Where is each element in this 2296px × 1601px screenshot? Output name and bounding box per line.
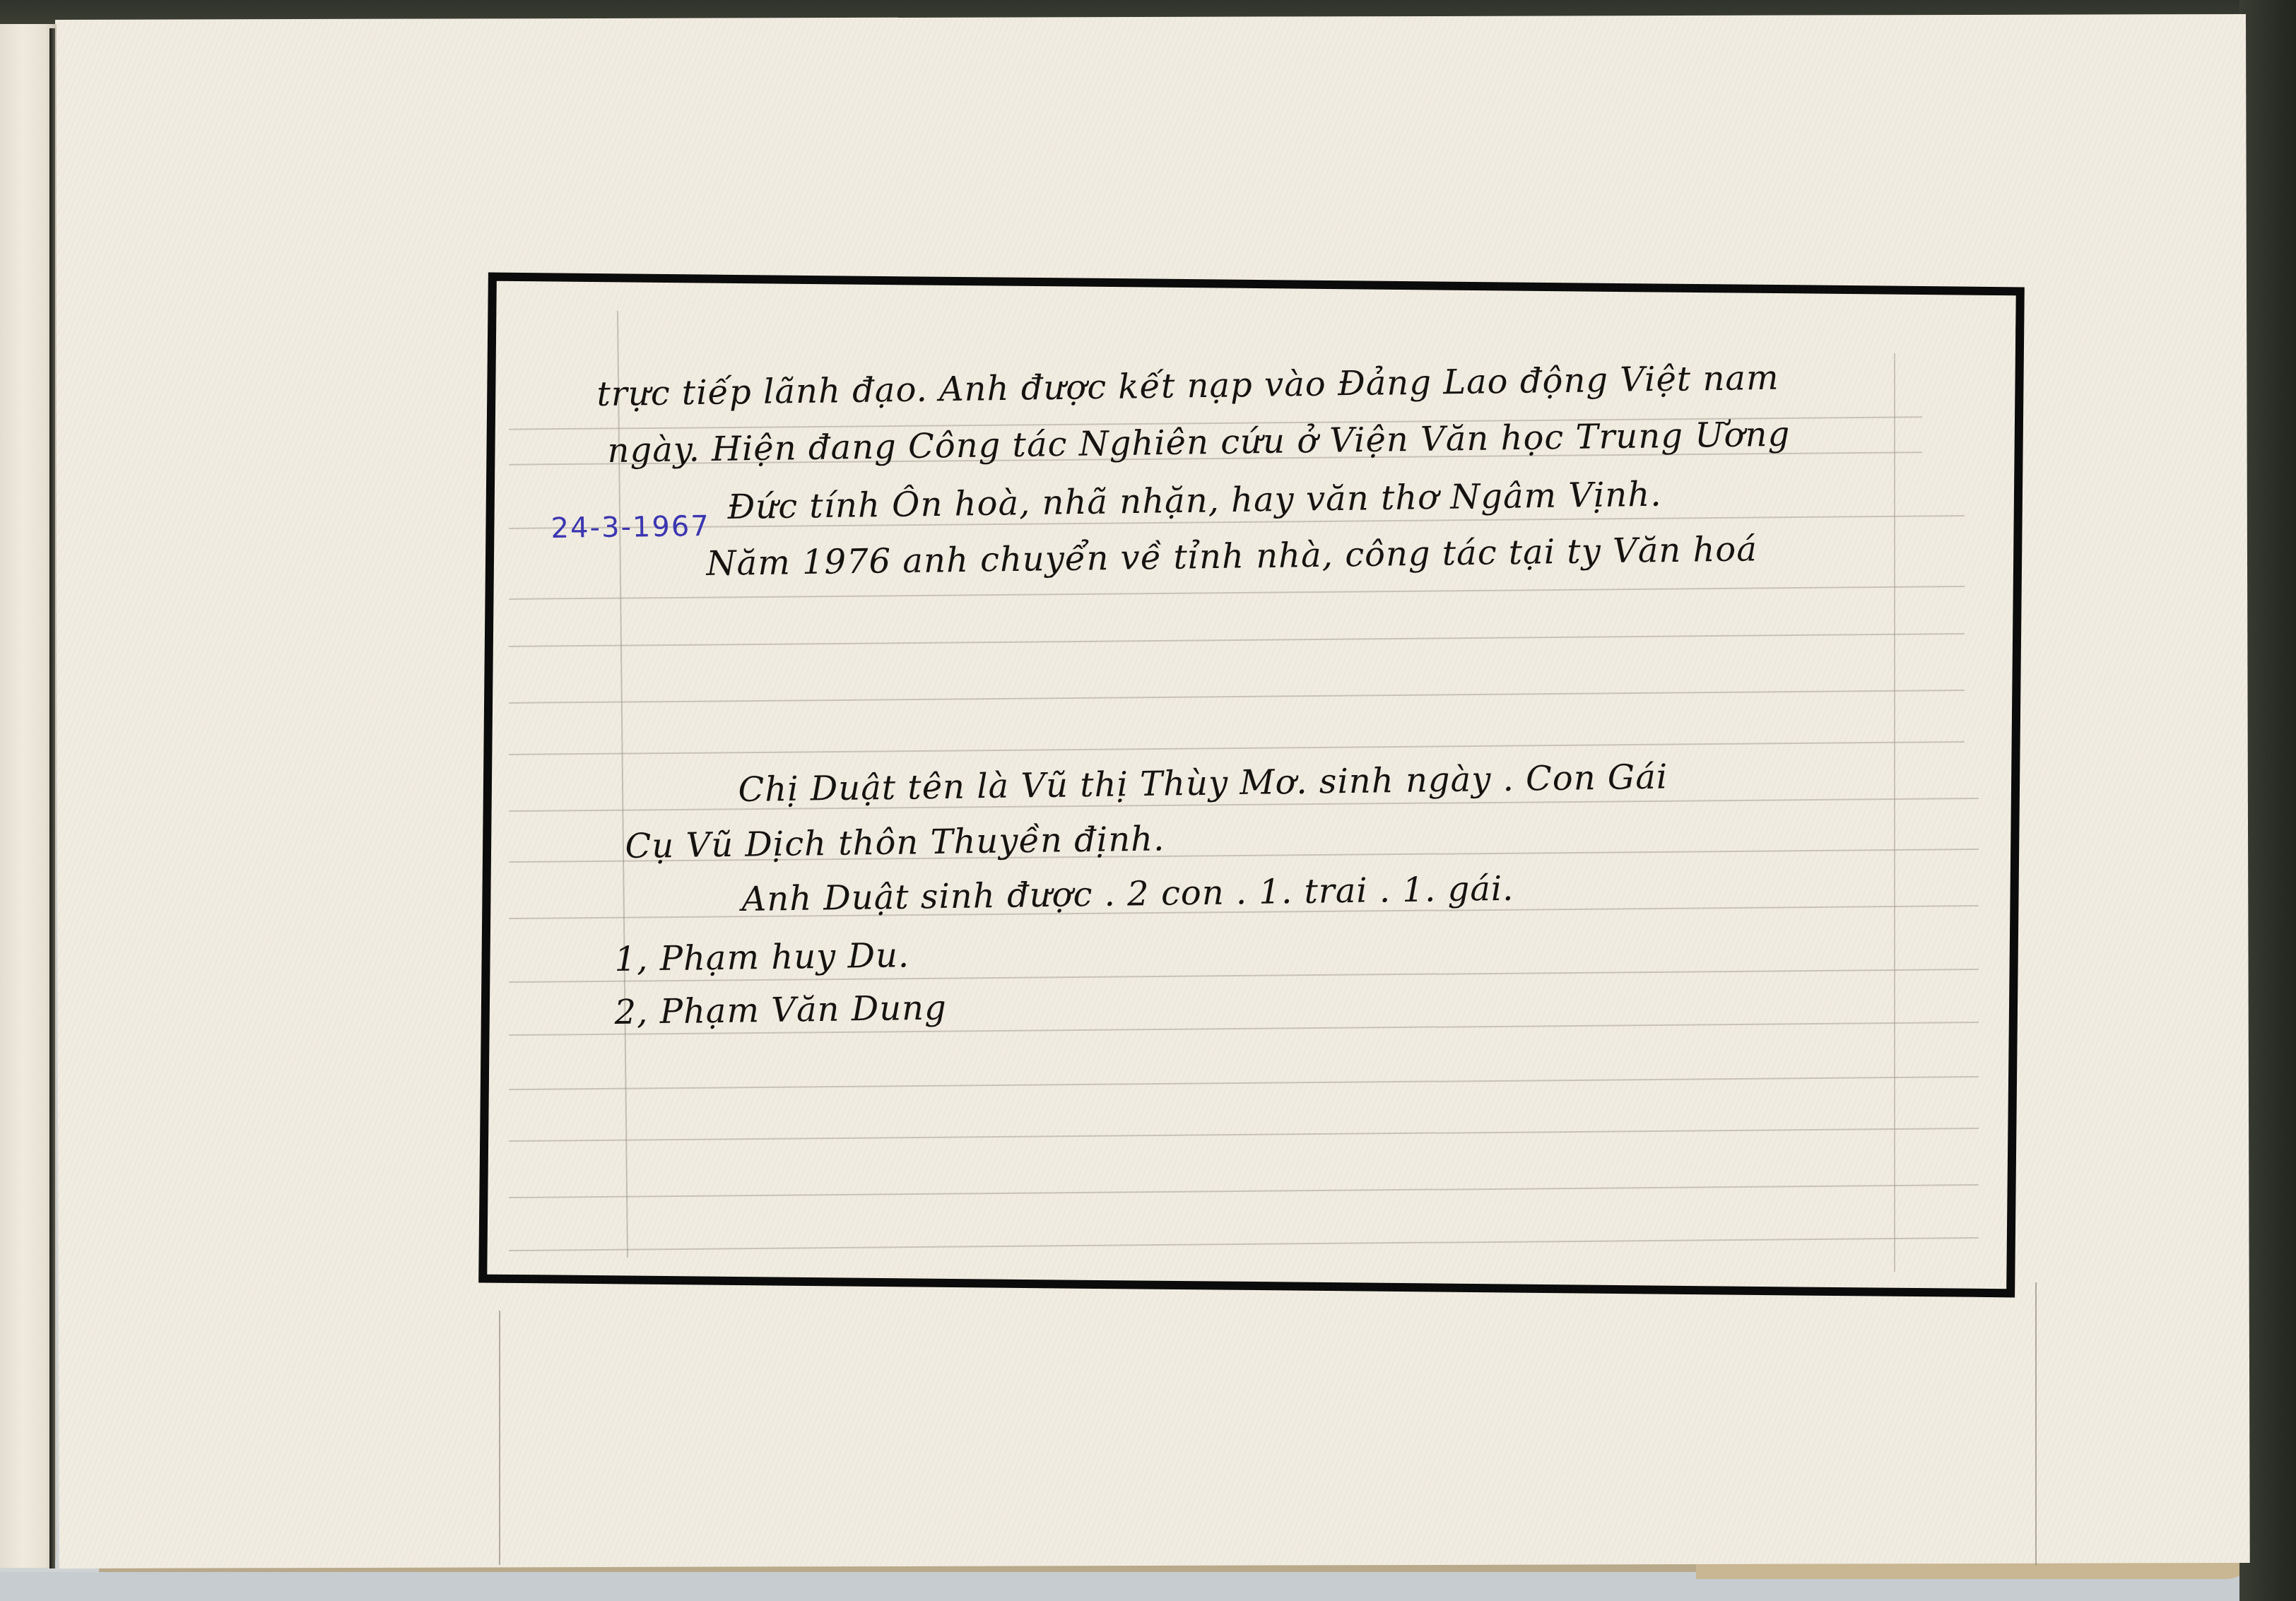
binding-spine: [49, 28, 55, 1568]
list-item-1: 1, Phạm huy Du.: [614, 935, 909, 979]
list-item-2: 2, Phạm Văn Dung: [614, 988, 947, 1032]
pencil-mark: [499, 1311, 500, 1565]
pencil-mark: [2035, 1282, 2037, 1565]
text-line-6: Cụ Vũ Dịch thôn Thuyền định.: [625, 819, 1165, 866]
folded-page-edge: [0, 24, 57, 1568]
margin-date-note: 24-3-1967: [551, 510, 710, 545]
